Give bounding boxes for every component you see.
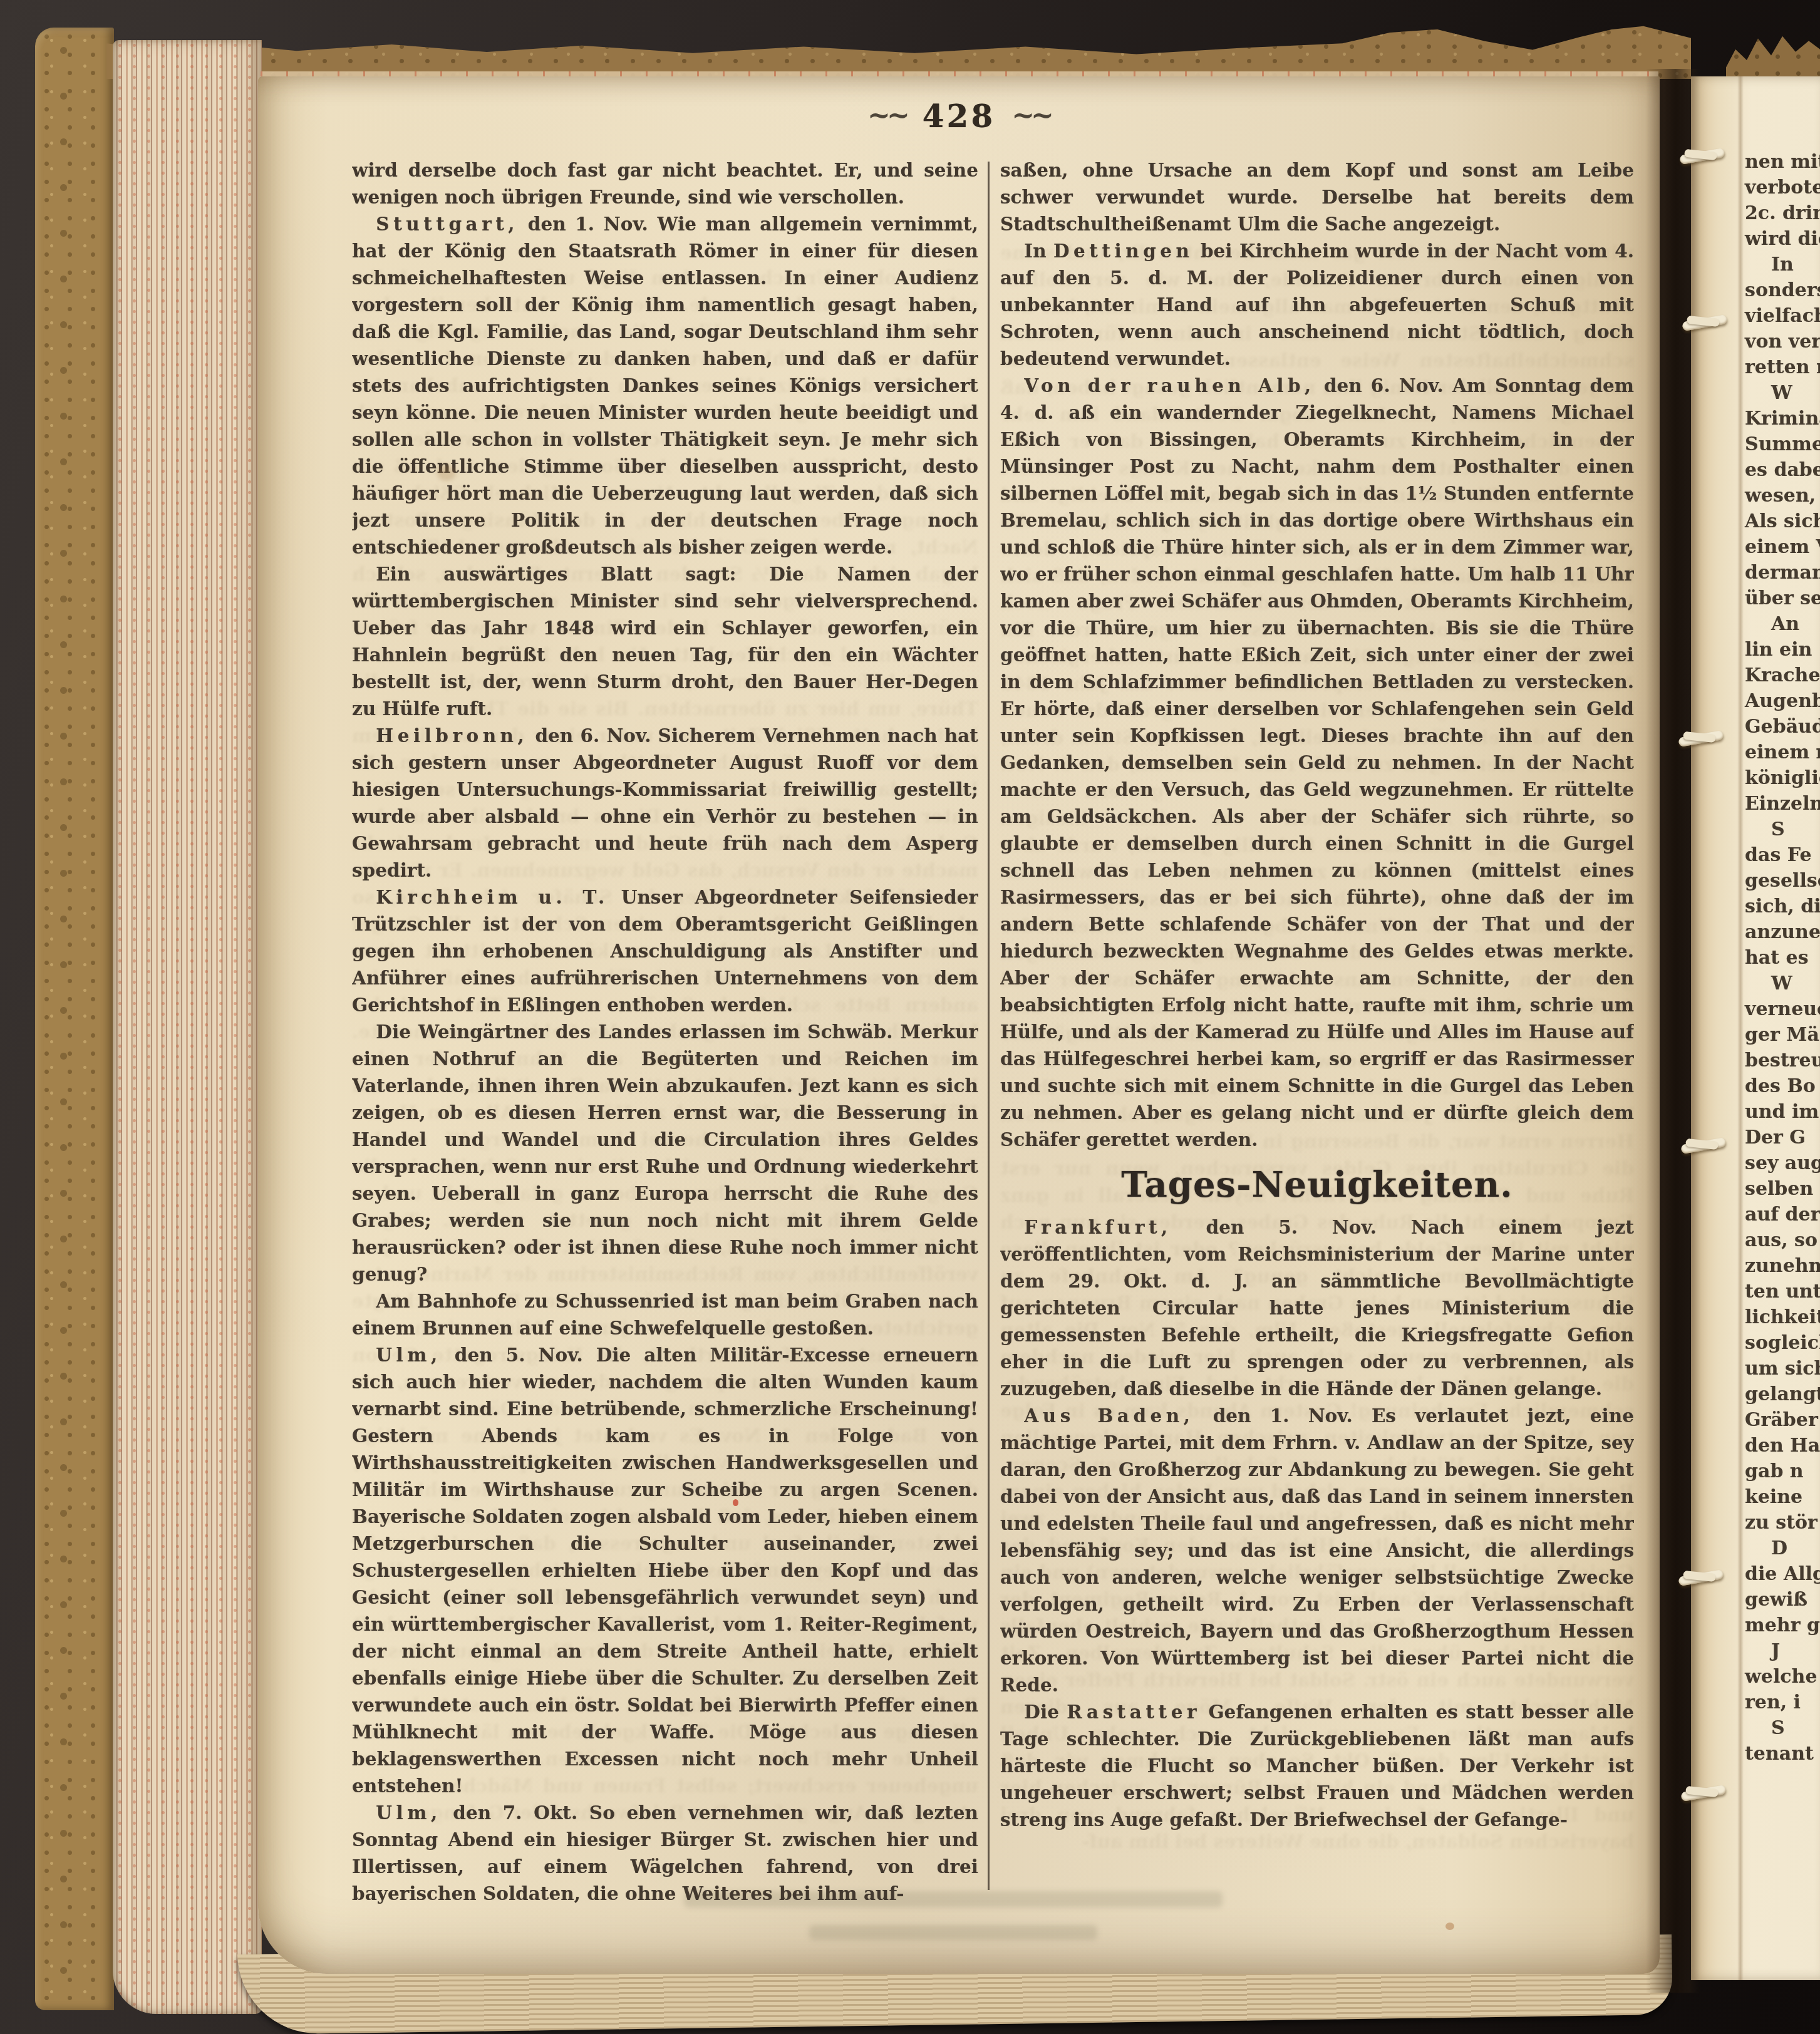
- next-page-text-fragment: um sich: [1745, 1356, 1820, 1381]
- next-page-text-fragment: lichkeit: [1745, 1304, 1820, 1330]
- next-page-text-fragment: selben: [1745, 1176, 1820, 1202]
- next-page-text-fragment: vielfache: [1745, 303, 1820, 329]
- next-page-text-fragment: es dabei: [1745, 457, 1820, 483]
- next-page-text-fragment: einem V: [1745, 534, 1820, 560]
- next-page-text-fragment: An: [1745, 611, 1820, 637]
- text-column-right: saßen, ohne Ursache an dem Kopf und sons…: [1000, 157, 1634, 1951]
- next-page-text-fragment: Einzeln: [1745, 791, 1820, 817]
- dateline: Dettingen: [1053, 240, 1194, 262]
- next-page-text-fragment: zunehm: [1745, 1253, 1820, 1279]
- next-page-text-fragment: retten n: [1745, 354, 1820, 380]
- page-number: 428: [923, 98, 995, 135]
- next-page-text-fragment: welche: [1745, 1664, 1820, 1690]
- next-page-text-fragment: verboten: [1745, 175, 1820, 200]
- dateline: Frankfurt,: [1024, 1216, 1171, 1238]
- next-page-text-fragment: Krimina: [1745, 406, 1820, 431]
- fox-spot: [437, 465, 456, 481]
- dateline: Ulm,: [376, 1344, 441, 1366]
- next-page-text-fragment: ten unt: [1745, 1279, 1820, 1304]
- next-page-text-fragment: dermanu: [1745, 560, 1820, 586]
- next-page-text-fragment: Gebäude: [1745, 714, 1820, 740]
- dateline: Rastatter: [1067, 1701, 1201, 1723]
- next-page-text-fragment: aus, so: [1745, 1227, 1820, 1253]
- next-page-text-fragment: den Ha: [1745, 1433, 1820, 1458]
- paragraph: Stuttgart, den 1. Nov. Wie man allgemein…: [352, 210, 978, 560]
- paragraph: Aus Baden, den 1. Nov. Es verlautet jezt…: [1000, 1402, 1634, 1698]
- next-page-text-fragment: bestreut: [1745, 1048, 1820, 1073]
- next-page-text-fragment: W: [1745, 971, 1820, 996]
- next-page-text-fragment: 2c. dring: [1745, 200, 1820, 226]
- next-page-text-fragment: ger Mä: [1745, 1022, 1820, 1048]
- next-page-text-fragment: einem r: [1745, 740, 1820, 765]
- next-page-text-fragment: Als sich: [1745, 508, 1820, 534]
- next-page-text-fragment: sonders: [1745, 277, 1820, 303]
- next-page-text-fragment: die Allg: [1745, 1561, 1820, 1587]
- next-page-text-fragment: Gräber: [1745, 1407, 1820, 1433]
- next-page-text-fragment: Summe: [1745, 431, 1820, 457]
- book-photo: ~~428~~ saßen, ohne Ursache an dem Kopf …: [0, 0, 1820, 2034]
- next-page-text-fragment: über sei: [1745, 586, 1820, 611]
- page-crease: [1737, 76, 1744, 1980]
- paragraph: Die Weingärtner des Landes erlassen im S…: [352, 1018, 978, 1288]
- paragraph: Ein auswärtiges Blatt sagt: Die Namen de…: [352, 560, 978, 722]
- dateline: Von der rauhen Alb,: [1024, 374, 1315, 396]
- next-page-text-fragment: gesellsch: [1745, 868, 1820, 894]
- next-page-text-fragment: das Fe: [1745, 842, 1820, 868]
- section-heading: Tages-Neuigkeiten.: [1000, 1172, 1634, 1199]
- next-page-text-fragment: mehr g: [1745, 1613, 1820, 1638]
- dateline: Aus Baden,: [1024, 1405, 1194, 1427]
- next-page-text-fragment: W: [1745, 380, 1820, 406]
- paragraph: Ulm, den 5. Nov. Die alten Militär-Exces…: [352, 1341, 978, 1799]
- paragraph: Von der rauhen Alb, den 6. Nov. Am Sonnt…: [1000, 372, 1634, 1153]
- next-page-text-fragment: verneue: [1745, 996, 1820, 1022]
- next-page-text-column: nen mitverboten2c. dringwird dieInsonder…: [1745, 149, 1820, 1767]
- next-page-text-fragment: S: [1745, 1715, 1820, 1741]
- header-ornament-right: ~~: [995, 100, 1067, 132]
- next-page-text-fragment: zu stör: [1745, 1510, 1820, 1536]
- next-page-text-fragment: gewiß: [1745, 1587, 1820, 1613]
- paragraph: Kirchheim u. T. Unser Abgeordneter Seife…: [352, 884, 978, 1018]
- next-page-text-fragment: gab n: [1745, 1458, 1820, 1484]
- next-page-text-fragment: J: [1745, 1638, 1820, 1664]
- paragraph: Ulm, den 7. Okt. So eben vernehmen wir, …: [352, 1799, 978, 1907]
- next-page-text-fragment: sey aug: [1745, 1150, 1820, 1176]
- dateline: Stuttgart,: [376, 213, 519, 235]
- dateline: Ulm,: [376, 1802, 441, 1824]
- paragraph: saßen, ohne Ursache an dem Kopf und sons…: [1000, 157, 1634, 237]
- next-page-text-fragment: und im: [1745, 1099, 1820, 1125]
- next-page-text-fragment: hat es: [1745, 945, 1820, 971]
- next-page-text-fragment: nen mit: [1745, 149, 1820, 175]
- fox-spot: [733, 1499, 738, 1506]
- paragraph: wird derselbe doch fast gar nicht beacht…: [352, 157, 978, 210]
- column-divider: [988, 162, 990, 1890]
- next-page-text-fragment: auf der: [1745, 1202, 1820, 1227]
- next-page-text-fragment: königlich: [1745, 765, 1820, 791]
- paragraph: Am Bahnhofe zu Schussenried ist man beim…: [352, 1288, 978, 1341]
- fox-spot: [1445, 1923, 1454, 1930]
- next-page-text-fragment: Krachen: [1745, 663, 1820, 688]
- page-header: ~~428~~: [258, 98, 1660, 135]
- paragraph: Frankfurt, den 5. Nov. Nach einem jezt v…: [1000, 1214, 1634, 1402]
- gutter-shadow: [1646, 69, 1700, 1993]
- next-page-text-fragment: sogleich: [1745, 1330, 1820, 1356]
- next-page-text-fragment: des Bo: [1745, 1073, 1820, 1099]
- dateline: Heilbronn,: [376, 725, 528, 746]
- fore-edge-pages: [113, 40, 262, 2014]
- next-page-text-fragment: keine: [1745, 1484, 1820, 1510]
- next-page-text-fragment: lin ein: [1745, 637, 1820, 663]
- next-page-text-fragment: ren, i: [1745, 1690, 1820, 1715]
- next-page-text-fragment: gelangt: [1745, 1381, 1820, 1407]
- newspaper-page: ~~428~~ saßen, ohne Ursache an dem Kopf …: [258, 76, 1660, 1974]
- next-page-text-fragment: S: [1745, 817, 1820, 842]
- next-page-text-fragment: In: [1745, 252, 1820, 277]
- next-page-text-fragment: von ver: [1745, 329, 1820, 354]
- next-page-text-fragment: tenant: [1745, 1741, 1820, 1767]
- next-page-text-fragment: D: [1745, 1536, 1820, 1561]
- next-page-text-fragment: anzuneh: [1745, 919, 1820, 945]
- book-cover-edge-left: [35, 28, 114, 2010]
- paragraph: Heilbronn, den 6. Nov. Sicherem Vernehme…: [352, 722, 978, 884]
- next-page-text-fragment: Der G: [1745, 1125, 1820, 1150]
- next-page-text-fragment: wird die: [1745, 226, 1820, 252]
- text-column-left: wird derselbe doch fast gar nicht beacht…: [352, 157, 978, 1951]
- next-page-sliver: nen mitverboten2c. dringwird dieInsonder…: [1691, 76, 1820, 1980]
- paragraph: Die Rastatter Gefangenen erhalten es sta…: [1000, 1698, 1634, 1833]
- next-page-text-fragment: Augenbl: [1745, 688, 1820, 714]
- paragraph: In Dettingen bei Kirchheim wurde in der …: [1000, 237, 1634, 372]
- next-page-text-fragment: wesen, i: [1745, 483, 1820, 508]
- next-page-text-fragment: sich, die: [1745, 894, 1820, 919]
- header-ornament-left: ~~: [851, 100, 923, 132]
- dateline: Kirchheim u. T.: [376, 886, 609, 908]
